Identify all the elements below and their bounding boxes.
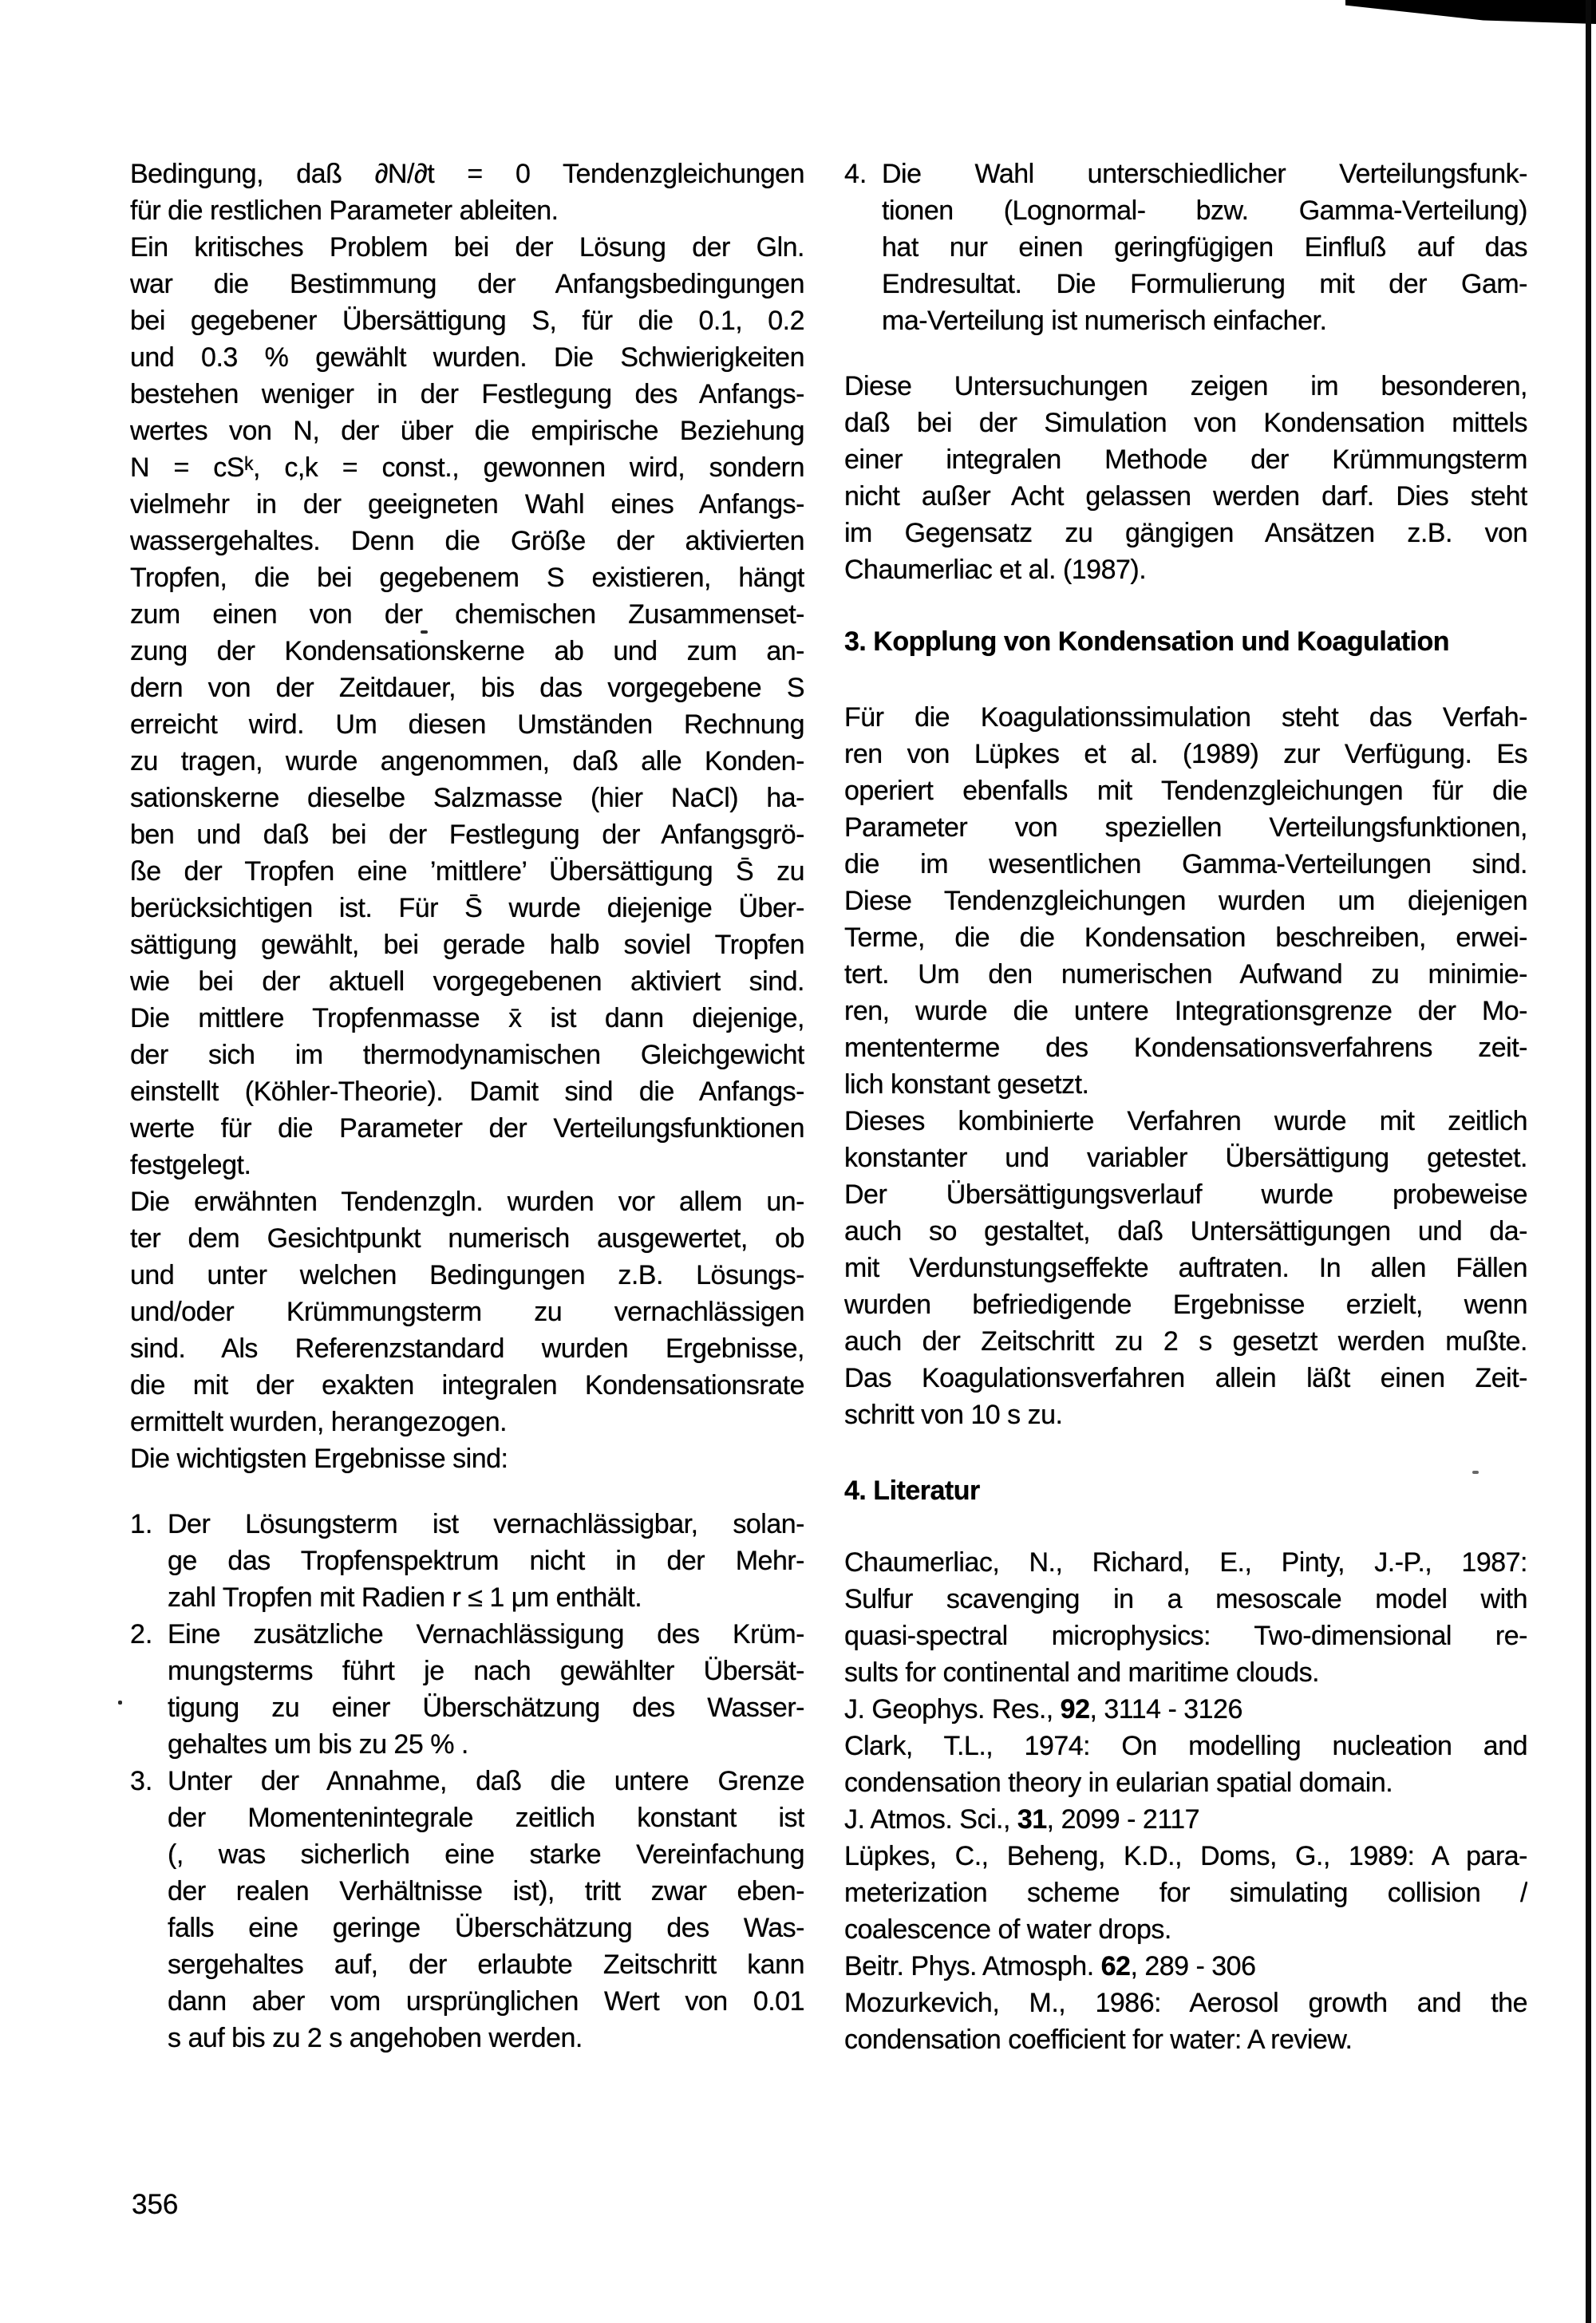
- paragraph: Für die Koagulationssimulation steht das…: [844, 699, 1527, 1103]
- text-line: bei gegebener Übersättigung S, für die 0…: [130, 302, 804, 339]
- text-line: die mit der exakten integralen Kondensat…: [130, 1367, 804, 1404]
- text-line: und unter welchen Bedingungen z.B. Lösun…: [130, 1257, 804, 1294]
- text-line: Das Koagulationsverfahren allein läßt ei…: [844, 1360, 1527, 1397]
- text-line: vielmehr in der geeigneten Wahl eines An…: [130, 486, 804, 523]
- text-line: ge das Tropfenspektrum nicht in der Mehr…: [168, 1543, 804, 1579]
- text-line: konstanter und variabler Übersättigung g…: [844, 1140, 1527, 1176]
- text-line: ermittelt wurden, herangezogen.: [130, 1404, 804, 1440]
- paragraph: Diese Untersuchungen zeigen im besondere…: [844, 368, 1527, 588]
- text-line: sergehaltes auf, der erlaubte Zeitschrit…: [168, 1946, 804, 1983]
- text-line: Diese Untersuchungen zeigen im besondere…: [844, 368, 1527, 405]
- text-line: Der Übersättigungsverlauf wurde probewei…: [844, 1176, 1527, 1213]
- text-line: sind. Als Referenzstandard wurden Ergebn…: [130, 1330, 804, 1367]
- text-line: für die restlichen Parameter ableiten.: [130, 192, 804, 229]
- text-line: Diese Tendenzgleichungen wurden um dieje…: [844, 883, 1527, 919]
- text-line: bestehen weniger in der Festlegung des A…: [130, 376, 804, 413]
- text-line: ße der Tropfen eine ’mittlere’ Übersätti…: [130, 853, 804, 890]
- text-line: ren, wurde die untere Integrationsgrenze…: [844, 993, 1527, 1029]
- text-line: sationskerne dieselbe Salzmasse (hier Na…: [130, 780, 804, 816]
- text-segment: Beitr. Phys. Atmosph.: [844, 1951, 1101, 1981]
- text-line: Parameter von speziellen Verteilungsfunk…: [844, 809, 1527, 846]
- text-line: wie bei der aktuell vorgegebenen aktivie…: [130, 963, 804, 1000]
- text-line: der sich im thermodynamischen Gleichgewi…: [130, 1037, 804, 1073]
- text-line: coalescence of water drops.: [844, 1911, 1527, 1948]
- text-line: im Gegensatz zu gängigen Ansätzen z.B. v…: [844, 515, 1527, 551]
- text-line: festgelegt.: [130, 1147, 804, 1183]
- text-line: die im wesentlichen Gamma-Verteilungen s…: [844, 846, 1527, 883]
- text-line: quasi-spectral microphysics: Two-dimensi…: [844, 1618, 1527, 1654]
- text-line: Lüpkes, C., Beheng, K.D., Doms, G., 1989…: [844, 1838, 1527, 1875]
- text-line: Chaumerliac, N., Richard, E., Pinty, J.-…: [844, 1544, 1527, 1581]
- list-item-number: 3.: [130, 1763, 152, 1800]
- text-line: mententerme des Kondensationsverfahrens …: [844, 1029, 1527, 1066]
- paragraph: Ein kritisches Problem bei der Lösung de…: [130, 229, 804, 1183]
- text-line: und/oder Krümmungsterm zu vernachlässige…: [130, 1294, 804, 1330]
- text-line: nicht außer Acht gelassen werden darf. D…: [844, 478, 1527, 515]
- volume-number: 92: [1061, 1694, 1090, 1724]
- text-line: tert. Um den numerischen Aufwand zu mini…: [844, 956, 1527, 993]
- text-line: der realen Verhältnisse ist), tritt zwar…: [168, 1873, 804, 1910]
- text-line: zum einen von der chemischen Zusammenset…: [130, 596, 804, 633]
- page-number: 356: [132, 2187, 178, 2223]
- text-line: gehaltes um bis zu 25 % .: [168, 1726, 804, 1763]
- text-line: Für die Koagulationssimulation steht das…: [844, 699, 1527, 736]
- text-line: der Momentenintegrale zeitlich konstant …: [168, 1800, 804, 1836]
- text-line: schritt von 10 s zu.: [844, 1397, 1527, 1433]
- text-line: dern von der Zeitdauer, bis das vorgegeb…: [130, 670, 804, 706]
- paragraph: Die wichtigsten Ergebnisse sind:: [130, 1440, 804, 1477]
- text-line: Ein kritisches Problem bei der Lösung de…: [130, 229, 804, 266]
- text-line: ren von Lüpkes et al. (1989) zur Verfügu…: [844, 736, 1527, 772]
- text-line: ter dem Gesichtpunkt numerisch ausgewert…: [130, 1220, 804, 1257]
- list-item-number: 1.: [130, 1506, 152, 1543]
- paragraph: Dieses kombinierte Verfahren wurde mit z…: [844, 1103, 1527, 1433]
- text-line: condensation coefficient for water: A re…: [844, 2021, 1527, 2058]
- text-segment: J. Atmos. Sci.,: [844, 1804, 1017, 1835]
- text-line: Tropfen, die bei gegebenem S existieren,…: [130, 559, 804, 596]
- list-item: 2.Eine zusätzliche Vernachlässigung des …: [130, 1616, 804, 1763]
- text-line: wurden befriedigende Ergebnisse erzielt,…: [844, 1286, 1527, 1323]
- list-item: 4.Die Wahl unterschiedlicher Verteilungs…: [844, 156, 1527, 339]
- text-line: 3. Kopplung von Kondensation und Koagula…: [844, 623, 1527, 660]
- text-line: mit Verdunstungseffekte auftraten. In al…: [844, 1250, 1527, 1286]
- text-line: 4. Literatur: [844, 1472, 1527, 1509]
- text-line: dann aber vom ursprünglichen Wert von 0.…: [168, 1983, 804, 2020]
- text-line: ben und daß bei der Festlegung der Anfan…: [130, 816, 804, 853]
- text-line: falls eine geringe Überschätzung des Was…: [168, 1910, 804, 1946]
- text-line: Die wichtigsten Ergebnisse sind:: [130, 1440, 804, 1477]
- text-line: s auf bis zu 2 s angehoben werden.: [168, 2020, 804, 2056]
- text-line: tigung zu einer Überschätzung des Wasser…: [168, 1689, 804, 1726]
- text-line: zahl Tropfen mit Radien r ≤ 1 μm enthält…: [168, 1579, 804, 1616]
- text-line: sults for continental and maritime cloud…: [844, 1654, 1527, 1691]
- text-line: lich konstant gesetzt.: [844, 1066, 1527, 1103]
- text-line: sättigung gewählt, bei gerade halb sovie…: [130, 926, 804, 963]
- text-line: Bedingung, daß ∂N/∂t = 0 Tendenzgleichun…: [130, 156, 804, 192]
- left-column: Bedingung, daß ∂N/∂t = 0 Tendenzgleichun…: [130, 156, 804, 2056]
- text-line: Die Wahl unterschiedlicher Verteilungsfu…: [882, 156, 1527, 192]
- text-line: Eine zusätzliche Vernachlässigung des Kr…: [168, 1616, 804, 1653]
- section-heading: 3. Kopplung von Kondensation und Koagula…: [844, 623, 1527, 660]
- text-segment: J. Geophys. Res.,: [844, 1694, 1061, 1724]
- text-segment: , 3114 - 3126: [1090, 1694, 1242, 1724]
- text-line: J. Geophys. Res., 92, 3114 - 3126: [844, 1691, 1527, 1728]
- list-item: 3.Unter der Annahme, daß die untere Gren…: [130, 1763, 804, 2056]
- text-line: ma-Verteilung ist numerisch einfacher.: [882, 302, 1527, 339]
- text-line: und 0.3 % gewählt wurden. Die Schwierigk…: [130, 339, 804, 376]
- volume-number: 62: [1101, 1951, 1131, 1981]
- text-line: hat nur einen geringfügigen Einfluß auf …: [882, 229, 1527, 266]
- text-line: erreicht wird. Um diesen Umständen Rechn…: [130, 706, 804, 743]
- text-line: Mozurkevich, M., 1986: Aerosol growth an…: [844, 1985, 1527, 2021]
- text-line: N = cSᵏ, c,k = const., gewonnen wird, so…: [130, 449, 804, 486]
- scan-artifact-top-bar: [1345, 0, 1596, 24]
- text-line: zung der Kondensationskerne ab und zum a…: [130, 633, 804, 670]
- paragraph: Bedingung, daß ∂N/∂t = 0 Tendenzgleichun…: [130, 156, 804, 229]
- text-line: auch so gestaltet, daß Untersättigungen …: [844, 1213, 1527, 1250]
- volume-number: 31: [1017, 1804, 1047, 1835]
- scan-artifact-edge-line: [1586, 0, 1591, 2323]
- text-line: war die Bestimmung der Anfangsbedingunge…: [130, 266, 804, 302]
- text-line: wertes von N, der über die empirische Be…: [130, 413, 804, 449]
- list-item: 1.Der Lösungsterm ist vernachlässigbar, …: [130, 1506, 804, 1616]
- text-line: wassergehaltes. Denn die Größe der aktiv…: [130, 523, 804, 559]
- text-line: Dieses kombinierte Verfahren wurde mit z…: [844, 1103, 1527, 1140]
- text-line: einer integralen Methode der Krümmungste…: [844, 441, 1527, 478]
- text-line: condensation theory in eularian spatial …: [844, 1764, 1527, 1801]
- text-line: Terme, die die Kondensation beschreiben,…: [844, 919, 1527, 956]
- text-line: (, was sicherlich eine starke Vereinfach…: [168, 1836, 804, 1873]
- paragraph: Die erwähnten Tendenzgln. wurden vor all…: [130, 1183, 804, 1440]
- text-line: Der Lösungsterm ist vernachlässigbar, so…: [168, 1506, 804, 1543]
- text-line: Clark, T.L., 1974: On modelling nucleati…: [844, 1728, 1527, 1764]
- text-line: tionen (Lognormal- bzw. Gamma-Verteilung…: [882, 192, 1527, 229]
- text-line: werte für die Parameter der Verteilungsf…: [130, 1110, 804, 1147]
- text-line: Unter der Annahme, daß die untere Grenze: [168, 1763, 804, 1800]
- text-line: berücksichtigen ist. Für S̄ wurde diejen…: [130, 890, 804, 926]
- text-line: zu tragen, wurde angenommen, daß alle Ko…: [130, 743, 804, 780]
- text-line: auch der Zeitschritt zu 2 s gesetzt werd…: [844, 1323, 1527, 1360]
- text-line: J. Atmos. Sci., 31, 2099 - 2117: [844, 1801, 1527, 1838]
- text-line: mungsterms führt je nach gewählter Übers…: [168, 1653, 804, 1689]
- list-item-number: 4.: [844, 156, 867, 192]
- scanned-page: Bedingung, daß ∂N/∂t = 0 Tendenzgleichun…: [0, 0, 1596, 2323]
- text-line: Die mittlere Tropfenmasse x̄ ist dann di…: [130, 1000, 804, 1037]
- text-line: Beitr. Phys. Atmosph. 62, 289 - 306: [844, 1948, 1527, 1985]
- text-segment: , 2099 - 2117: [1047, 1804, 1199, 1835]
- paragraph: Chaumerliac, N., Richard, E., Pinty, J.-…: [844, 1544, 1527, 2058]
- text-segment: , 289 - 306: [1130, 1951, 1255, 1981]
- text-line: operiert ebenfalls mit Tendenzgleichunge…: [844, 772, 1527, 809]
- text-line: Endresultat. Die Formulierung mit der Ga…: [882, 266, 1527, 302]
- section-heading: 4. Literatur: [844, 1472, 1527, 1509]
- scan-speck: [118, 1701, 122, 1705]
- text-line: einstellt (Köhler-Theorie). Damit sind d…: [130, 1073, 804, 1110]
- text-line: daß bei der Simulation von Kondensation …: [844, 405, 1527, 441]
- right-column: 4.Die Wahl unterschiedlicher Verteilungs…: [844, 156, 1527, 2058]
- text-line: Sulfur scavenging in a mesoscale model w…: [844, 1581, 1527, 1618]
- list-item-number: 2.: [130, 1616, 152, 1653]
- text-line: Die erwähnten Tendenzgln. wurden vor all…: [130, 1183, 804, 1220]
- text-line: meterization scheme for simulating colli…: [844, 1875, 1527, 1911]
- text-line: Chaumerliac et al. (1987).: [844, 551, 1527, 588]
